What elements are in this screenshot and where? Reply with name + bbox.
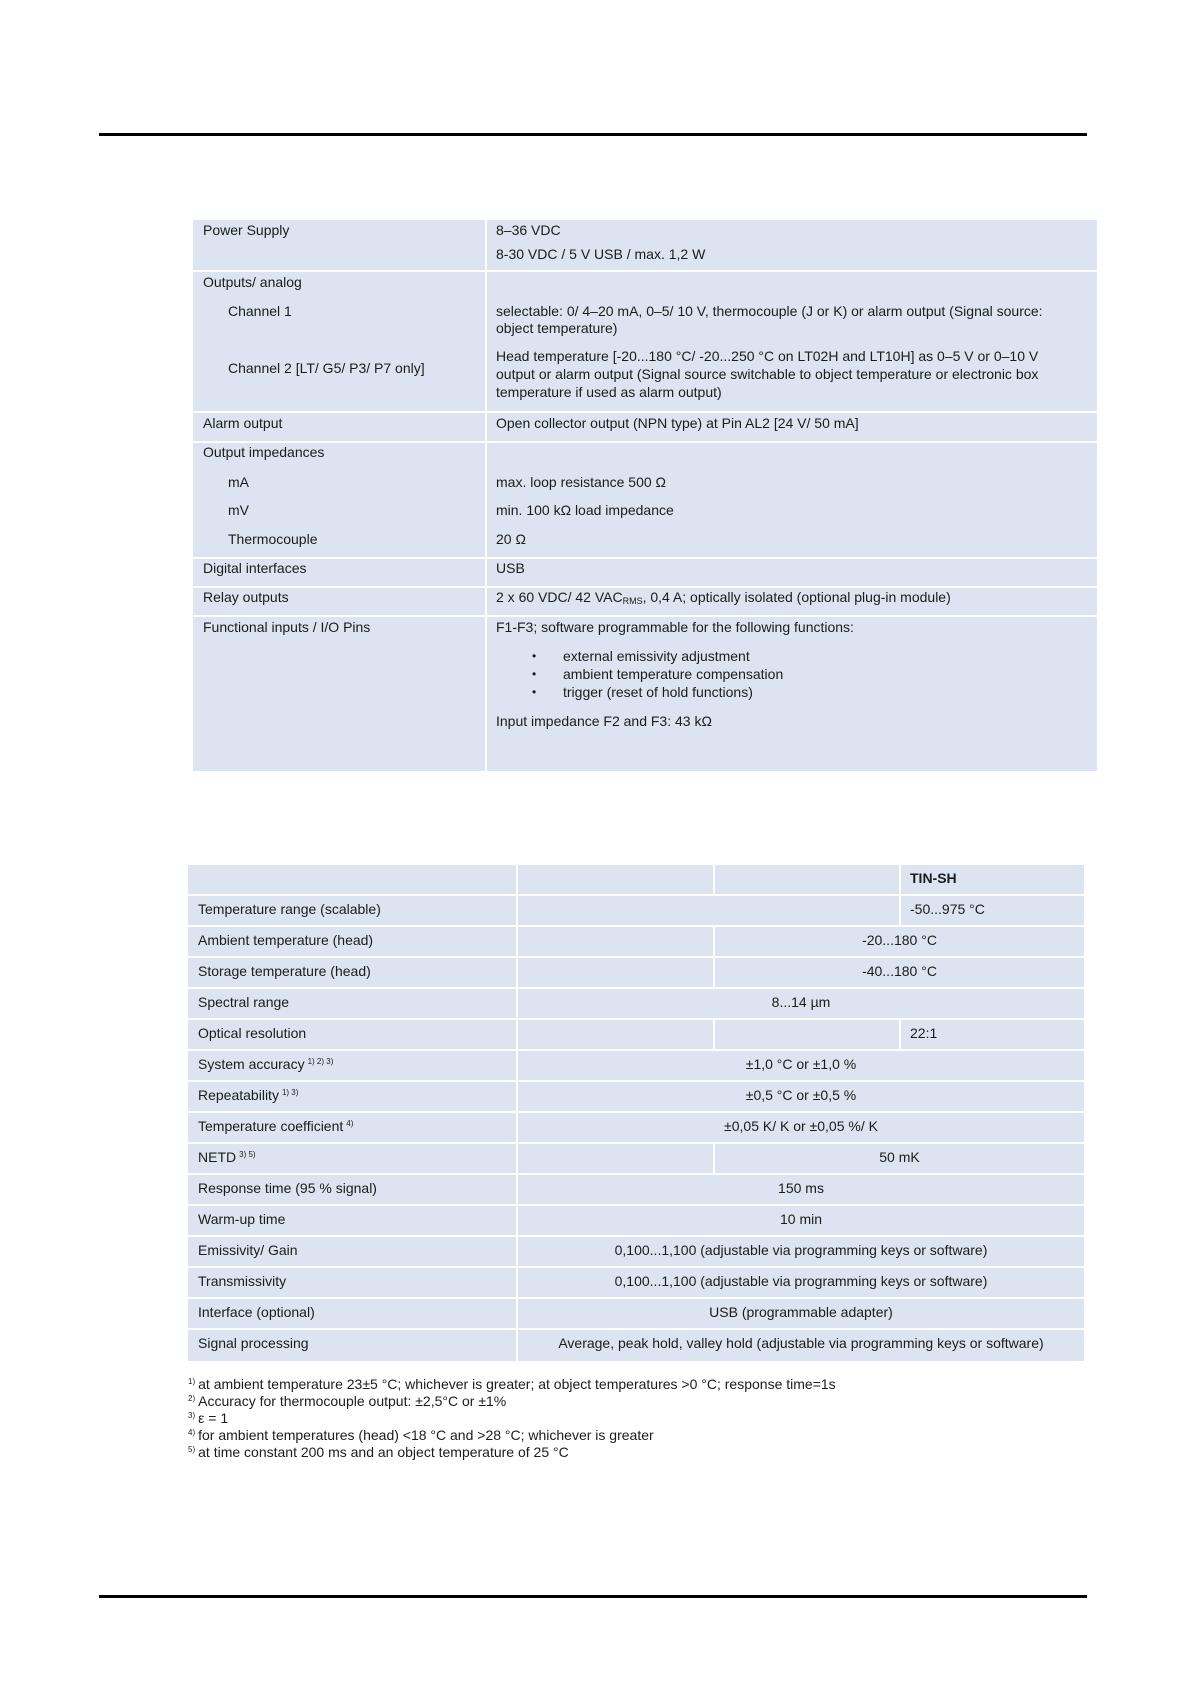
row-divider [193,411,1097,413]
table-row: Response time (95 % signal) 150 ms [188,1175,1084,1206]
empty-cell [518,1144,715,1173]
channel2-value: Head temperature [-20...180 °C/ -20...25… [496,347,1038,365]
channel2-value: output or alarm output (Signal source sw… [496,365,1038,383]
footnote-text: at ambient temperature 23±5 °C; whicheve… [198,1376,836,1392]
functional-inputs-intro: F1-F3; software programmable for the fol… [496,618,854,636]
spec-value: 22:1 [901,1020,1084,1049]
spec-label: Temperature range (scalable) [188,896,518,925]
table-row: Temperature range (scalable) -50...975 °… [188,896,1084,927]
spec-value: 8...14 µm [518,989,1084,1018]
header-cell-empty [715,865,901,894]
footnote: 2)Accuracy for thermocouple output: ±2,5… [188,1393,836,1410]
impedance-thermocouple-value: 20 Ω [496,530,526,548]
spec-value: Average, peak hold, valley hold (adjusta… [518,1330,1084,1361]
header-cell-empty [188,865,518,894]
table-row: System accuracy1) 2) 3) ±1,0 °C or ±1,0 … [188,1051,1084,1082]
footnote-refs: 3) 5) [239,1150,255,1159]
footnote-mark: 2) [188,1394,195,1403]
measurement-specs-table: TIN-SH Temperature range (scalable) -50.… [188,865,1084,1361]
footnote-text: at time constant 200 ms and an object te… [198,1444,569,1460]
footnote-mark: 5) [188,1445,195,1454]
table-row: NETD3) 5) 50 mK [188,1144,1084,1175]
table-row: Repeatability1) 3) ±0,5 °C or ±0,5 % [188,1082,1084,1113]
function-bullet-item: external emissivity adjustment [563,647,750,665]
power-supply-label: Power Supply [203,221,289,239]
table-row: Signal processing Average, peak hold, va… [188,1330,1084,1361]
spec-value: 50 mK [715,1144,1084,1173]
digital-interfaces-label: Digital interfaces [203,559,307,577]
channel1-value: selectable: 0/ 4–20 mA, 0–5/ 10 V, therm… [496,302,1043,320]
spec-label: Transmissivity [188,1268,518,1297]
spec-value: ±0,05 K/ K or ±0,05 %/ K [518,1113,1084,1142]
spec-value: ±0,5 °C or ±0,5 % [518,1082,1084,1111]
spec-value: USB (programmable adapter) [518,1299,1084,1328]
empty-cell [715,1020,901,1049]
row-divider [193,441,1097,443]
empty-cell [518,1020,715,1049]
electrical-specs-table: Power Supply 8–36 VDC 8-30 VDC / 5 V USB… [193,220,1097,771]
impedance-ma-value: max. loop resistance 500 Ω [496,473,666,491]
relay-outputs-value: 2 x 60 VDC/ 42 VACRMS, 0,4 A; optically … [496,588,951,606]
footnote-mark: 3) [188,1411,195,1420]
bullet-icon: • [532,665,536,683]
spec-label: Ambient temperature (head) [188,927,518,956]
outputs-analog-label: Outputs/ analog [203,273,302,291]
spec-label: Spectral range [188,989,518,1018]
bullet-icon: • [532,683,536,701]
footnote-text: Accuracy for thermocouple output: ±2,5°C… [198,1393,506,1409]
functional-inputs-label: Functional inputs / I/O Pins [203,618,370,636]
footnote-refs: 1) 2) 3) [308,1057,334,1066]
table-row: Temperature coefficient4) ±0,05 K/ K or … [188,1113,1084,1144]
digital-interfaces-value: USB [496,559,525,577]
spec-label-cell: NETD3) 5) [188,1144,518,1173]
function-bullet-item: trigger (reset of hold functions) [563,683,753,701]
spec-value: 10 min [518,1206,1084,1235]
footnote: 5)at time constant 200 ms and an object … [188,1444,836,1461]
impedance-thermocouple-label: Thermocouple [228,530,318,548]
spec-label: Optical resolution [188,1020,518,1049]
spec-value: -40...180 °C [715,958,1084,987]
spec-label: System accuracy [198,1056,305,1072]
spec-label: Signal processing [188,1330,518,1361]
spec-value: -50...975 °C [901,896,1084,925]
channel1-value: object temperature) [496,319,617,337]
table-row: Optical resolution 22:1 [188,1020,1084,1051]
power-supply-value: 8–36 VDC [496,221,561,239]
footnote-text: for ambient temperatures (head) <18 °C a… [198,1427,654,1443]
functional-inputs-impedance: Input impedance F2 and F3: 43 kΩ [496,712,712,730]
footnote: 4)for ambient temperatures (head) <18 °C… [188,1427,836,1444]
channel2-value: temperature if used as alarm output) [496,383,722,401]
spec-label-cell: System accuracy1) 2) 3) [188,1051,518,1080]
row-divider [193,557,1097,559]
channel1-label: Channel 1 [228,302,292,320]
footnote: 3)ε = 1 [188,1410,836,1427]
spec-label: Emissivity/ Gain [188,1237,518,1266]
empty-cell [518,927,715,956]
relay-outputs-value-rest: , 0,4 A; optically isolated (optional pl… [643,589,951,605]
spec-label: Storage temperature (head) [188,958,518,987]
spec-value: 150 ms [518,1175,1084,1204]
header-cell-empty [518,865,715,894]
impedance-mv-label: mV [228,501,249,519]
footnote-mark: 4) [188,1428,195,1437]
row-divider [193,615,1097,617]
rms-subscript: RMS [623,596,643,606]
table-header-row: TIN-SH [188,865,1084,896]
spec-label: Warm-up time [188,1206,518,1235]
header-rule [99,133,1087,136]
spec-label: Response time (95 % signal) [188,1175,518,1204]
channel2-label: Channel 2 [LT/ G5/ P3/ P7 only] [228,359,425,377]
function-bullet-item: ambient temperature compensation [563,665,783,683]
impedance-ma-label: mA [228,473,249,491]
power-supply-value: 8-30 VDC / 5 V USB / max. 1,2 W [496,245,705,263]
spec-label: Interface (optional) [188,1299,518,1328]
table-row: Spectral range 8...14 µm [188,989,1084,1020]
table-row: Emissivity/ Gain 0,100...1,100 (adjustab… [188,1237,1084,1268]
footnote-mark: 1) [188,1377,195,1386]
footnote-text: ε = 1 [198,1410,228,1426]
alarm-output-value: Open collector output (NPN type) at Pin … [496,414,859,432]
spec-label: NETD [198,1149,236,1165]
spec-label: Temperature coefficient [198,1118,343,1134]
spec-value: 0,100...1,100 (adjustable via programmin… [518,1237,1084,1266]
output-impedances-label: Output impedances [203,443,324,461]
alarm-output-label: Alarm output [203,414,282,432]
footnote-refs: 4) [346,1119,353,1128]
spec-value: 0,100...1,100 (adjustable via programmin… [518,1268,1084,1297]
table-row: Interface (optional) USB (programmable a… [188,1299,1084,1330]
spec-value: ±1,0 °C or ±1,0 % [518,1051,1084,1080]
footnote: 1)at ambient temperature 23±5 °C; whiche… [188,1376,836,1393]
spec-label-cell: Temperature coefficient4) [188,1113,518,1142]
footnotes: 1)at ambient temperature 23±5 °C; whiche… [188,1376,836,1461]
spec-label: Repeatability [198,1087,279,1103]
footer-rule [99,1595,1087,1598]
spec-value: -20...180 °C [715,927,1084,956]
footnote-refs: 1) 3) [282,1088,298,1097]
spec-label-cell: Repeatability1) 3) [188,1082,518,1111]
empty-cell [518,896,901,925]
relay-outputs-value-main: 2 x 60 VDC/ 42 VAC [496,589,623,605]
column-divider [485,220,487,771]
table-row: Ambient temperature (head) -20...180 °C [188,927,1084,958]
table-row: Transmissivity 0,100...1,100 (adjustable… [188,1268,1084,1299]
bullet-icon: • [532,647,536,665]
row-divider [193,270,1097,272]
impedance-mv-value: min. 100 kΩ load impedance [496,501,674,519]
table-row: Storage temperature (head) -40...180 °C [188,958,1084,989]
empty-cell [518,958,715,987]
model-header: TIN-SH [901,865,1084,894]
table-row: Warm-up time 10 min [188,1206,1084,1237]
relay-outputs-label: Relay outputs [203,588,289,606]
